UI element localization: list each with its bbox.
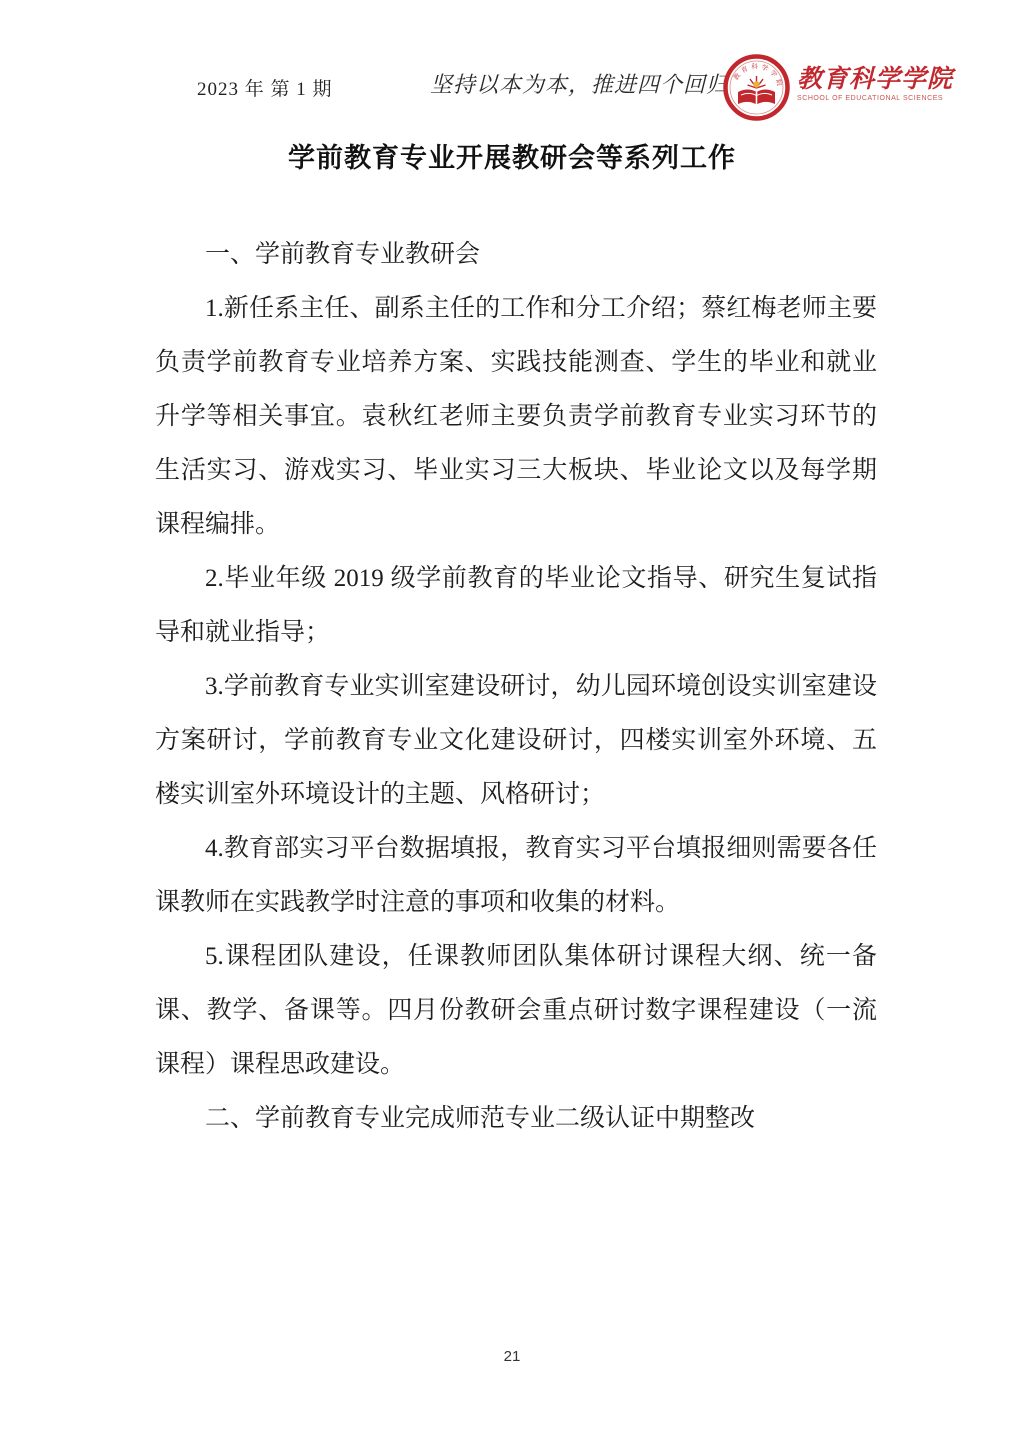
body-paragraph: 4.教育部实习平台数据填报，教育实习平台填报细则需要各任课教师在实践教学时注意的…: [155, 822, 877, 930]
logo-name: 教育科学学院: [797, 66, 953, 93]
body-paragraph: 3.学前教育专业实训室建设研讨，幼儿园环境创设实训室建设方案研讨，学前教育专业文…: [155, 660, 877, 822]
section-heading: 一、学前教育专业教研会: [155, 228, 877, 282]
section-heading: 二、学前教育专业完成师范专业二级认证中期整改: [155, 1092, 877, 1146]
school-seal-icon: 教育科学学院: [723, 54, 790, 121]
logo-text-block: 教育科学学院 SCHOOL OF EDUCATIONAL SCIENCES: [797, 54, 953, 102]
body-paragraph: 2.毕业年级 2019 级学前教育的毕业论文指导、研究生复试指导和就业指导；: [155, 552, 877, 660]
page-number: 21: [0, 1348, 1024, 1365]
logo-subtitle: SCHOOL OF EDUCATIONAL SCIENCES: [797, 95, 953, 102]
school-logo: 教育科学学院 教育科学学院 SCHOOL OF EDUCATIONAL SCIE…: [723, 54, 953, 121]
header-slogan: 坚持以本为本，推进四个回归: [430, 68, 729, 99]
body-paragraph: 1.新任系主任、副系主任的工作和分工介绍；蔡红梅老师主要负责学前教育专业培养方案…: [155, 282, 877, 552]
issue-label: 2023 年 第 1 期: [197, 74, 333, 101]
document-title: 学前教育专业开展教研会等系列工作: [0, 136, 1024, 175]
document-page: 2023 年 第 1 期 坚持以本为本，推进四个回归 教育科学学院: [0, 0, 1024, 1448]
document-body: 一、学前教育专业教研会 1.新任系主任、副系主任的工作和分工介绍；蔡红梅老师主要…: [155, 228, 877, 1146]
body-paragraph: 5.课程团队建设，任课教师团队集体研讨课程大纲、统一备课、教学、备课等。四月份教…: [155, 930, 877, 1092]
